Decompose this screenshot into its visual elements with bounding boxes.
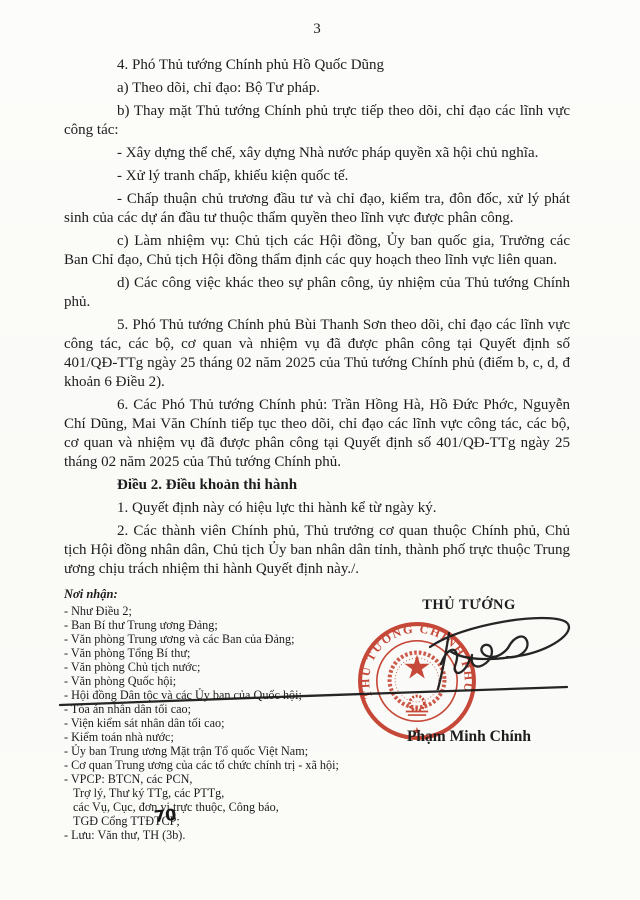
recipients-heading: Nơi nhận: [64, 587, 394, 602]
emblem-star-icon [404, 655, 429, 679]
body-paragraph: 6. Các Phó Thủ tướng Chính phủ: Trần Hồn… [64, 396, 570, 472]
recipients-block: Nơi nhận: - Như Điều 2;- Ban Bí thư Trun… [64, 587, 394, 842]
recipient-item: - Văn phòng Chủ tịch nước; [64, 660, 394, 674]
document-body: 4. Phó Thủ tướng Chính phủ Hồ Quốc Dũnga… [64, 56, 570, 579]
body-paragraph: a) Theo dõi, chỉ đạo: Bộ Tư pháp. [64, 79, 570, 98]
recipient-item: - Văn phòng Tổng Bí thư; [64, 646, 394, 660]
recipient-item: - Văn phòng Trung ương và các Ban của Đả… [64, 632, 394, 646]
recipient-item: - Kiểm toán nhà nước; [64, 730, 394, 744]
recipient-item: - Tòa án nhân dân tối cao; [64, 702, 394, 716]
body-paragraph: - Chấp thuận chủ trương đầu tư và chỉ đạ… [64, 190, 570, 228]
body-paragraph: c) Làm nhiệm vụ: Chủ tịch các Hội đồng, … [64, 232, 570, 270]
body-paragraph: b) Thay mặt Thủ tướng Chính phủ trực tiế… [64, 102, 570, 140]
page-number: 3 [64, 22, 570, 37]
signer-name: Phạm Minh Chính [364, 728, 574, 746]
government-seal-icon: THỦ TƯỚNG CHÍNH PHỦ ★ [356, 620, 478, 742]
recipient-item: - VPCP: BTCN, các PCN, [64, 772, 394, 786]
recipient-item: - Viện kiểm sát nhân dân tối cao; [64, 716, 394, 730]
body-paragraph: 5. Phó Thủ tướng Chính phủ Bùi Thanh Sơn… [64, 316, 570, 392]
recipient-item: - Văn phòng Quốc hội; [64, 674, 394, 688]
body-paragraph: d) Các công việc khác theo sự phân công,… [64, 274, 570, 312]
body-paragraph: - Xử lý tranh chấp, khiếu kiện quốc tế. [64, 167, 570, 186]
recipient-item: TGĐ Cổng TTĐTCP; [64, 814, 394, 828]
recipient-item: - Ủy ban Trung ương Mặt trận Tổ quốc Việ… [64, 744, 394, 758]
recipient-item: - Như Điều 2; [64, 604, 394, 618]
recipient-item: - Lưu: Văn thư, TH (3b). [64, 828, 394, 842]
body-paragraph: 1. Quyết định này có hiệu lực thi hành k… [64, 499, 570, 518]
recipient-item: - Cơ quan Trung ương của các tổ chức chí… [64, 758, 394, 772]
body-paragraph: - Xây dựng thể chế, xây dựng Nhà nước ph… [64, 144, 570, 163]
recipient-item: Trợ lý, Thư ký TTg, các PTTg, [64, 786, 394, 800]
signer-title: THỦ TƯỚNG [364, 597, 574, 614]
body-paragraph: Điều 2. Điều khoản thi hành [64, 476, 570, 495]
handwritten-note: 70 [153, 805, 177, 826]
signature-footer: Nơi nhận: - Như Điều 2;- Ban Bí thư Trun… [64, 587, 570, 887]
document-page: 3 4. Phó Thủ tướng Chính phủ Hồ Quốc Dũn… [0, 0, 640, 900]
recipient-item: - Hội đồng Dân tộc và các Ủy ban của Quố… [64, 688, 394, 702]
body-paragraph: 2. Các thành viên Chính phủ, Thủ trưởng … [64, 522, 570, 579]
recipients-list: - Như Điều 2;- Ban Bí thư Trung ương Đản… [64, 604, 394, 842]
body-paragraph: 4. Phó Thủ tướng Chính phủ Hồ Quốc Dũng [64, 56, 570, 75]
recipient-item: - Ban Bí thư Trung ương Đảng; [64, 618, 394, 632]
recipient-item: các Vụ, Cục, đơn vị trực thuộc, Công báo… [64, 800, 394, 814]
signer-block: THỦ TƯỚNG THỦ TƯỚNG CHÍNH PHỦ [364, 597, 574, 817]
